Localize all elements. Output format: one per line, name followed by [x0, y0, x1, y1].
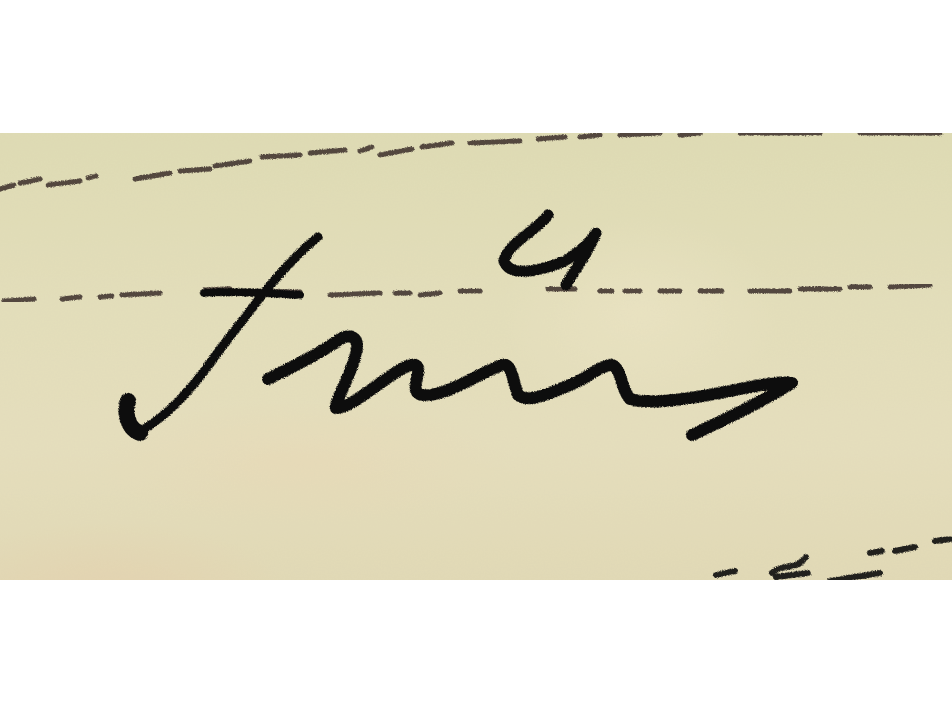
handwriting-drawing	[0, 133, 952, 580]
paper-texture	[0, 133, 952, 580]
handwriting-photo: frns y	[0, 133, 952, 580]
